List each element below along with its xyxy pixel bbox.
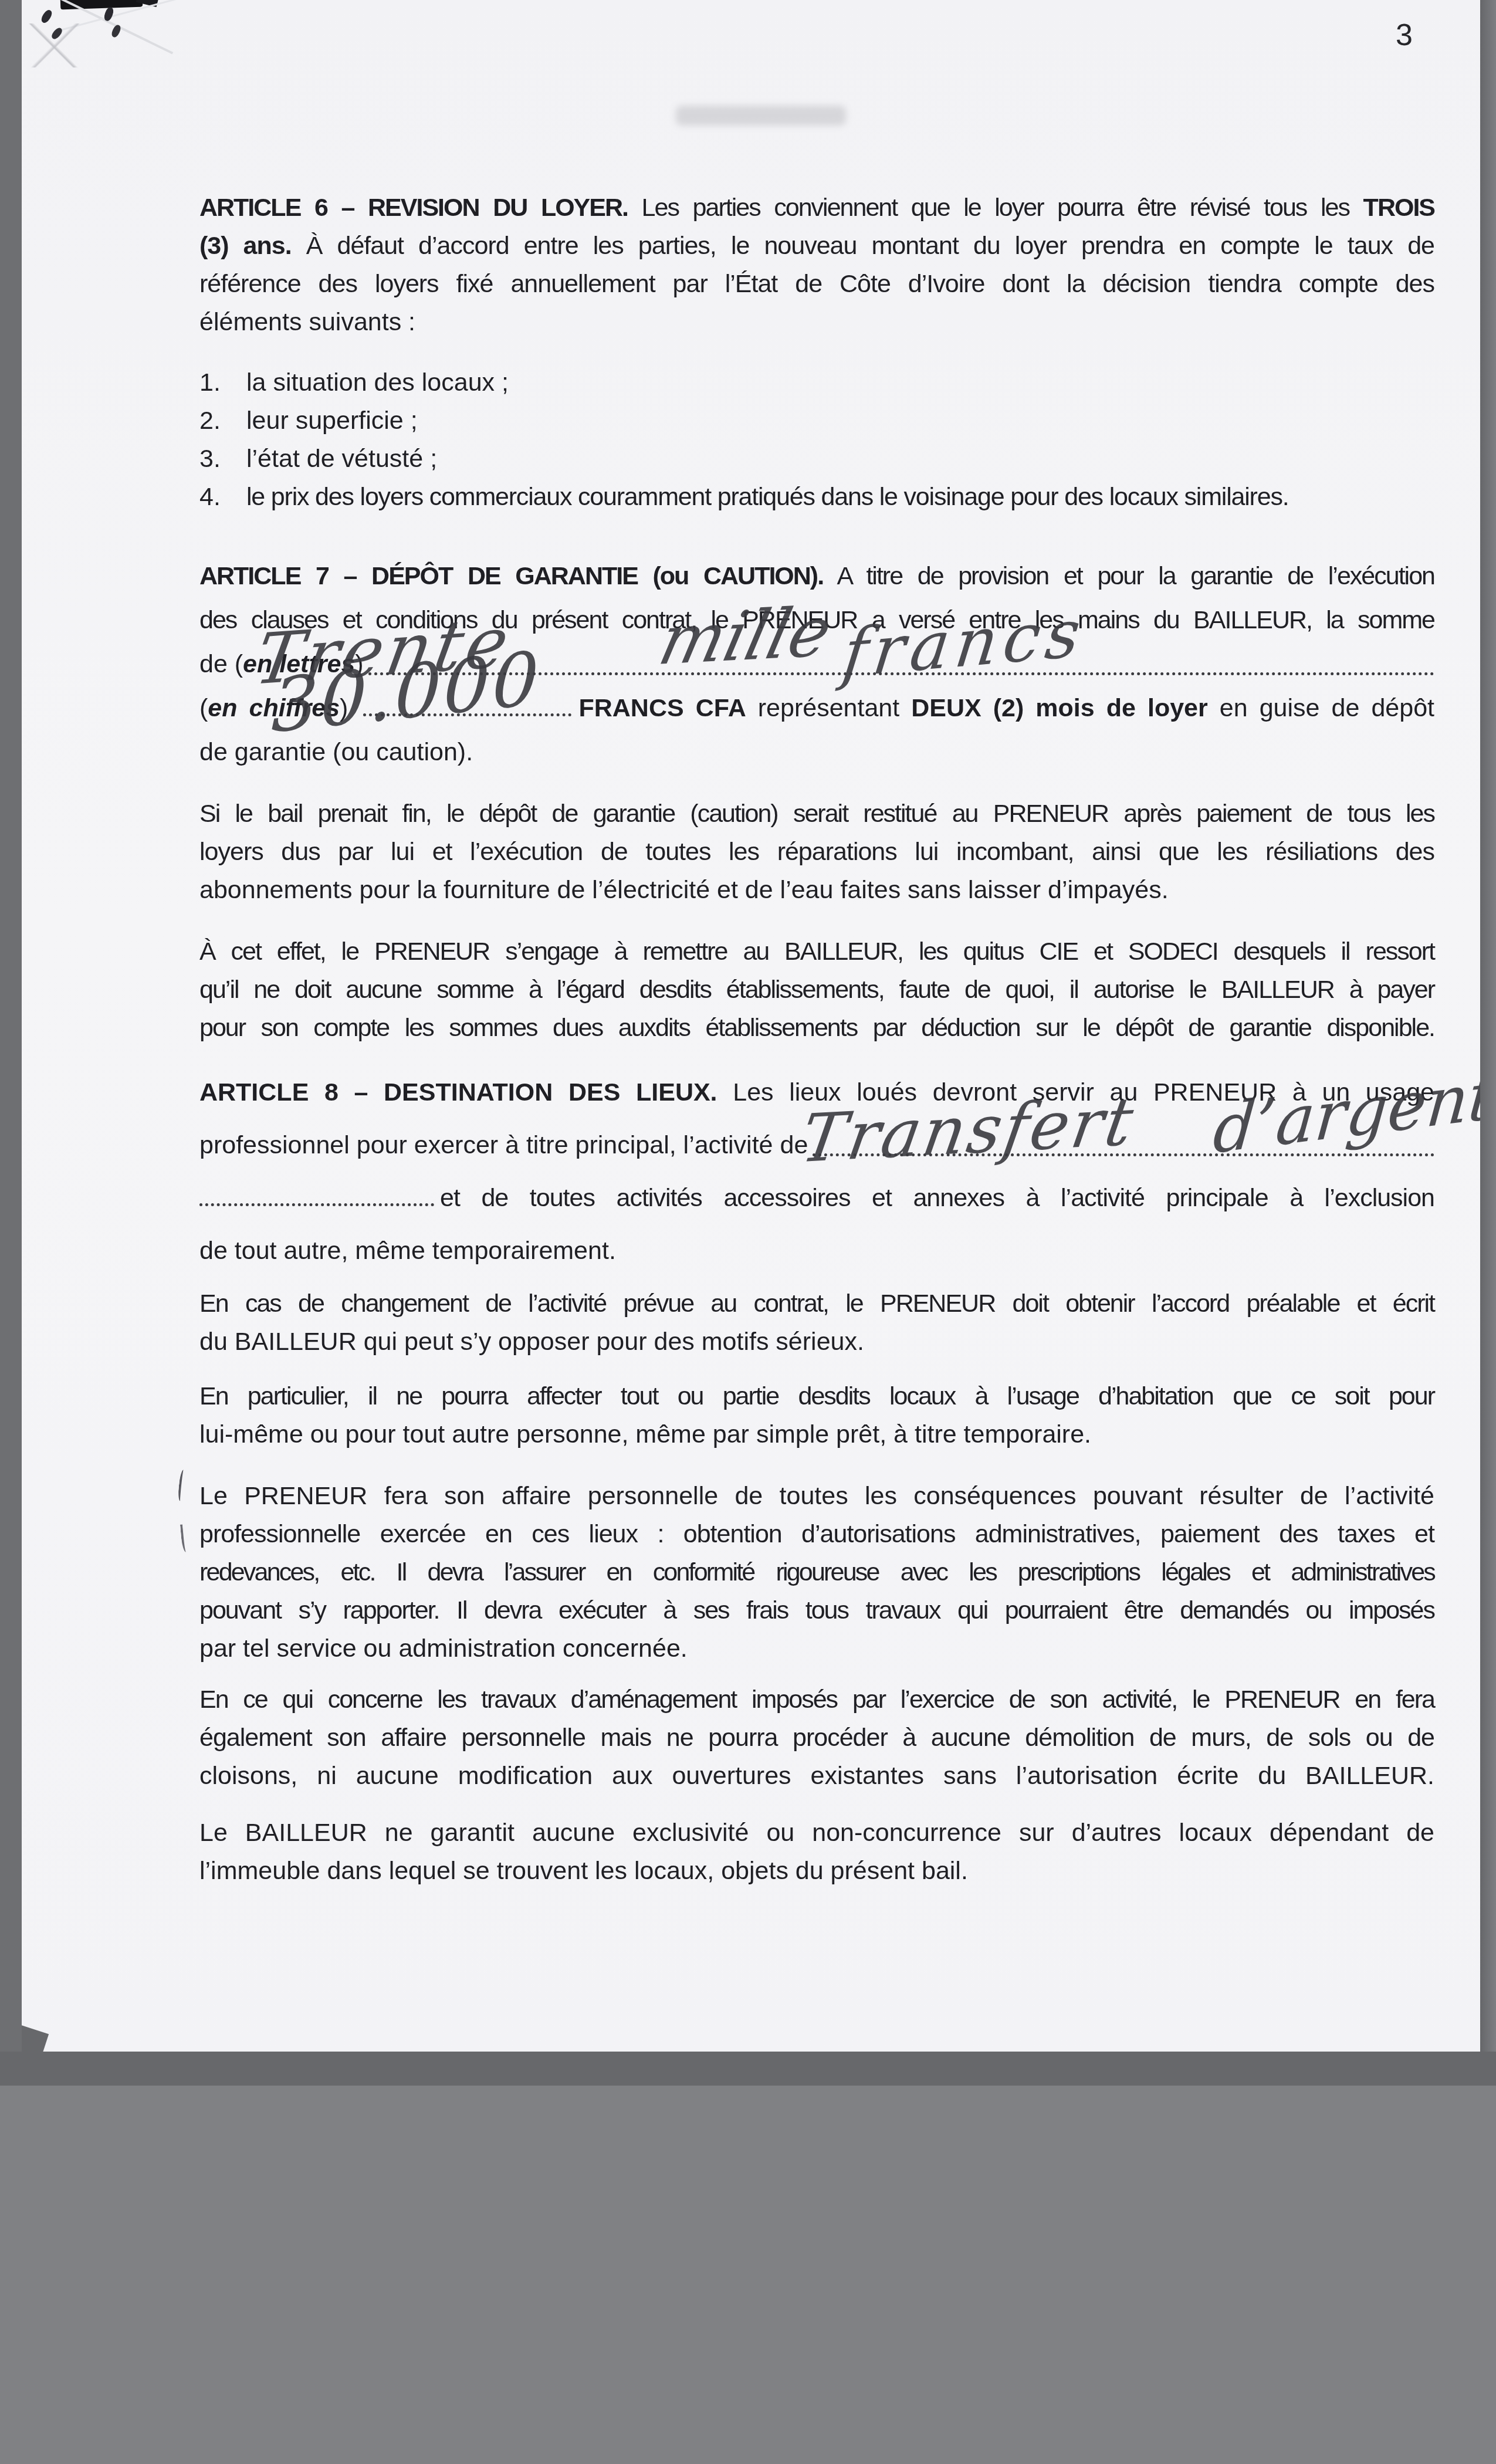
scanner-left-margin bbox=[0, 0, 22, 2084]
body-text: professionnel pour exercer à titre princ… bbox=[199, 1126, 808, 1165]
page-corner-shadow bbox=[22, 2025, 49, 2052]
body-text: professionnelle exercée en ces lieux : o… bbox=[199, 1520, 1434, 1548]
paragraph-line: ARTICLE 6 – REVISION DU LOYER. Les parti… bbox=[199, 189, 1434, 227]
article-8-heading: ARTICLE 8 – DESTINATION DES LIEUX. bbox=[199, 1078, 717, 1106]
body-text: et de toutes activités accessoires et an… bbox=[440, 1184, 1434, 1212]
paragraph-non-exclusivite: Le BAILLEUR ne garantit aucune exclusivi… bbox=[199, 1814, 1434, 1890]
bold-text: DEUX (2) mois de loyer bbox=[911, 694, 1208, 722]
paragraph-line: par tel service ou administration concer… bbox=[199, 1630, 1434, 1668]
body-text: de ( bbox=[199, 645, 243, 683]
paragraph-line: ARTICLE 7 – DÉPÔT DE GARANTIE (ou CAUTIO… bbox=[199, 557, 1434, 595]
paragraph-line: professionnelle exercée en ces lieux : o… bbox=[199, 1515, 1434, 1553]
article-6-revision-du-loyer: ARTICLE 6 – REVISION DU LOYER. Les parti… bbox=[199, 189, 1434, 341]
list-item: 1.la situation des locaux ; bbox=[199, 364, 1434, 402]
body-text: lui-même ou pour tout autre personne, mê… bbox=[199, 1420, 1091, 1448]
body-text: abonnements pour la fourniture de l’élec… bbox=[199, 876, 1169, 904]
paragraph-line: de tout autre, même temporairement. bbox=[199, 1232, 1434, 1270]
staple-mark bbox=[110, 23, 122, 38]
list-item: 3.l’état de vétusté ; bbox=[199, 440, 1434, 478]
bold-text: FRANCS CFA bbox=[578, 694, 746, 722]
paragraph-line: de garantie (ou caution). bbox=[199, 733, 1434, 771]
paragraph-usage-habitation: En particulier, il ne pourra affecter to… bbox=[199, 1377, 1434, 1454]
body-text: Le PRENEUR fera son affaire personnelle … bbox=[199, 1482, 1434, 1510]
article-7-heading: ARTICLE 7 – DÉPÔT DE GARANTIE (ou CAUTIO… bbox=[199, 562, 823, 590]
list-number: 2. bbox=[199, 402, 246, 440]
body-text: Les parties conviennent que le loyer pou… bbox=[628, 194, 1363, 222]
paragraph-line: également son affaire personnelle mais n… bbox=[199, 1719, 1434, 1757]
body-text: qu’il ne doit aucune somme à l’égard des… bbox=[199, 976, 1434, 1004]
scanner-background bbox=[0, 2086, 1496, 2464]
body-text: de tout autre, même temporairement. bbox=[199, 1237, 616, 1265]
paragraph-line: (3) ans. À défaut d’accord entre les par… bbox=[199, 227, 1434, 265]
staple-mark bbox=[40, 8, 54, 24]
body-text: pouvant s’y rapporter. Il devra exécuter… bbox=[199, 1596, 1434, 1624]
body-text: représentant bbox=[746, 694, 912, 722]
paragraph-changement-activite: En cas de changement de l’activité prévu… bbox=[199, 1285, 1434, 1361]
scanner-right-margin bbox=[1480, 0, 1496, 2084]
paragraph-line: En particulier, il ne pourra affecter to… bbox=[199, 1377, 1434, 1416]
body-text: cloisons, ni aucune modification aux ouv… bbox=[199, 1762, 1434, 1790]
paragraph-line: Si le bail prenait fin, le dépôt de gara… bbox=[199, 795, 1434, 833]
handwriting-amount-words: mille bbox=[652, 593, 839, 681]
paragraph-line: référence des loyers fixé annuellement p… bbox=[199, 265, 1434, 303]
margin-pen-mark bbox=[180, 1524, 188, 1553]
paragraph-line: cloisons, ni aucune modification aux ouv… bbox=[199, 1757, 1434, 1795]
paragraph-line: En cas de changement de l’activité prévu… bbox=[199, 1285, 1434, 1323]
criteria-list: 1.la situation des locaux ; 2.leur super… bbox=[199, 364, 1434, 516]
paragraph-line: En ce qui concerne les travaux d’aménage… bbox=[199, 1681, 1434, 1719]
body-text: À cet effet, le PRENEUR s’engage à remet… bbox=[199, 937, 1434, 966]
paragraph-restitution-caution: Si le bail prenait fin, le dépôt de gara… bbox=[199, 795, 1434, 909]
body-text: Si le bail prenait fin, le dépôt de gara… bbox=[199, 800, 1434, 828]
paragraph-line: du BAILLEUR qui peut s’y opposer pour de… bbox=[199, 1323, 1434, 1361]
list-number: 4. bbox=[199, 478, 246, 516]
paragraph-line: À cet effet, le PRENEUR s’engage à remet… bbox=[199, 933, 1434, 971]
list-text: l’état de vétusté ; bbox=[246, 440, 1434, 478]
body-text: en guise de dépôt bbox=[1208, 694, 1434, 722]
body-text: également son affaire personnelle mais n… bbox=[199, 1724, 1434, 1752]
paragraph-line: qu’il ne doit aucune somme à l’égard des… bbox=[199, 971, 1434, 1009]
paragraph-line: pouvant s’y rapporter. Il devra exécuter… bbox=[199, 1592, 1434, 1630]
body-text: pour son compte les sommes dues auxdits … bbox=[199, 1014, 1434, 1042]
article-6-heading: ARTICLE 6 – REVISION DU LOYER. bbox=[199, 194, 628, 222]
list-number: 3. bbox=[199, 440, 246, 478]
paragraph-line: redevances, etc. Il devra l’assurer en c… bbox=[199, 1553, 1434, 1592]
contract-page-3: 3 ARTICLE 6 – REVISION DU LOYER. Les par… bbox=[22, 0, 1480, 2052]
list-text: le prix des loyers commerciaux courammen… bbox=[246, 478, 1434, 516]
body-text: référence des loyers fixé annuellement p… bbox=[199, 270, 1434, 298]
paragraph-line: loyers dus par lui et l’exécution de tou… bbox=[199, 833, 1434, 871]
body-text: éléments suivants : bbox=[199, 308, 415, 336]
paragraph-line: Le BAILLEUR ne garantit aucune exclusivi… bbox=[199, 1814, 1434, 1852]
list-text: la situation des locaux ; bbox=[246, 364, 1434, 402]
body-text: redevances, etc. Il devra l’assurer en c… bbox=[199, 1558, 1434, 1586]
staple-mark bbox=[103, 6, 114, 22]
paragraph-line: l’immeuble dans lequel se trouvent les l… bbox=[199, 1852, 1434, 1890]
body-text: du BAILLEUR qui peut s’y opposer pour de… bbox=[199, 1328, 864, 1356]
paragraph-line: et de toutes activités accessoires et an… bbox=[199, 1179, 1434, 1217]
bold-text: TROIS bbox=[1363, 194, 1434, 222]
paragraph-line: lui-même ou pour tout autre personne, mê… bbox=[199, 1416, 1434, 1454]
body-text: par tel service ou administration concer… bbox=[199, 1634, 688, 1663]
page-bottom-shadow bbox=[0, 2052, 1496, 2086]
paragraph-line: Le PRENEUR fera son affaire personnelle … bbox=[199, 1477, 1434, 1515]
body-text: En ce qui concerne les travaux d’aménage… bbox=[199, 1685, 1434, 1714]
body-text: l’immeuble dans lequel se trouvent les l… bbox=[199, 1857, 968, 1885]
contract-body: ARTICLE 6 – REVISION DU LOYER. Les parti… bbox=[199, 0, 1434, 1890]
list-text: leur superficie ; bbox=[246, 402, 1434, 440]
body-text: loyers dus par lui et l’exécution de tou… bbox=[199, 838, 1434, 866]
list-item: 4.le prix des loyers commerciaux couramm… bbox=[199, 478, 1434, 516]
paragraph-consequences-activite: Le PRENEUR fera son affaire personnelle … bbox=[199, 1477, 1434, 1668]
body-text: En particulier, il ne pourra affecter to… bbox=[199, 1382, 1434, 1410]
paragraph-line: éléments suivants : bbox=[199, 303, 1434, 341]
list-item: 2.leur superficie ; bbox=[199, 402, 1434, 440]
paragraph-travaux-amenagement: En ce qui concerne les travaux d’aménage… bbox=[199, 1681, 1434, 1795]
scanned-document: 3 ARTICLE 6 – REVISION DU LOYER. Les par… bbox=[0, 0, 1496, 2464]
paragraph-line: abonnements pour la fourniture de l’élec… bbox=[199, 871, 1434, 909]
body-text: ( bbox=[199, 694, 208, 722]
paragraph-line: pour son compte les sommes dues auxdits … bbox=[199, 1009, 1434, 1047]
bold-text: (3) ans. bbox=[199, 232, 292, 260]
body-text: En cas de changement de l’activité prévu… bbox=[199, 1289, 1434, 1318]
dotted-fill-line bbox=[199, 1186, 434, 1206]
paragraph-quitus-cie-sodeci: À cet effet, le PRENEUR s’engage à remet… bbox=[199, 933, 1434, 1047]
list-number: 1. bbox=[199, 364, 246, 402]
margin-pen-mark bbox=[177, 1470, 187, 1502]
body-text: Le BAILLEUR ne garantit aucune exclusivi… bbox=[199, 1819, 1434, 1847]
body-text: A titre de provision et pour la garantie… bbox=[823, 562, 1434, 590]
body-text: À défaut d’accord entre les parties, le … bbox=[292, 232, 1434, 260]
